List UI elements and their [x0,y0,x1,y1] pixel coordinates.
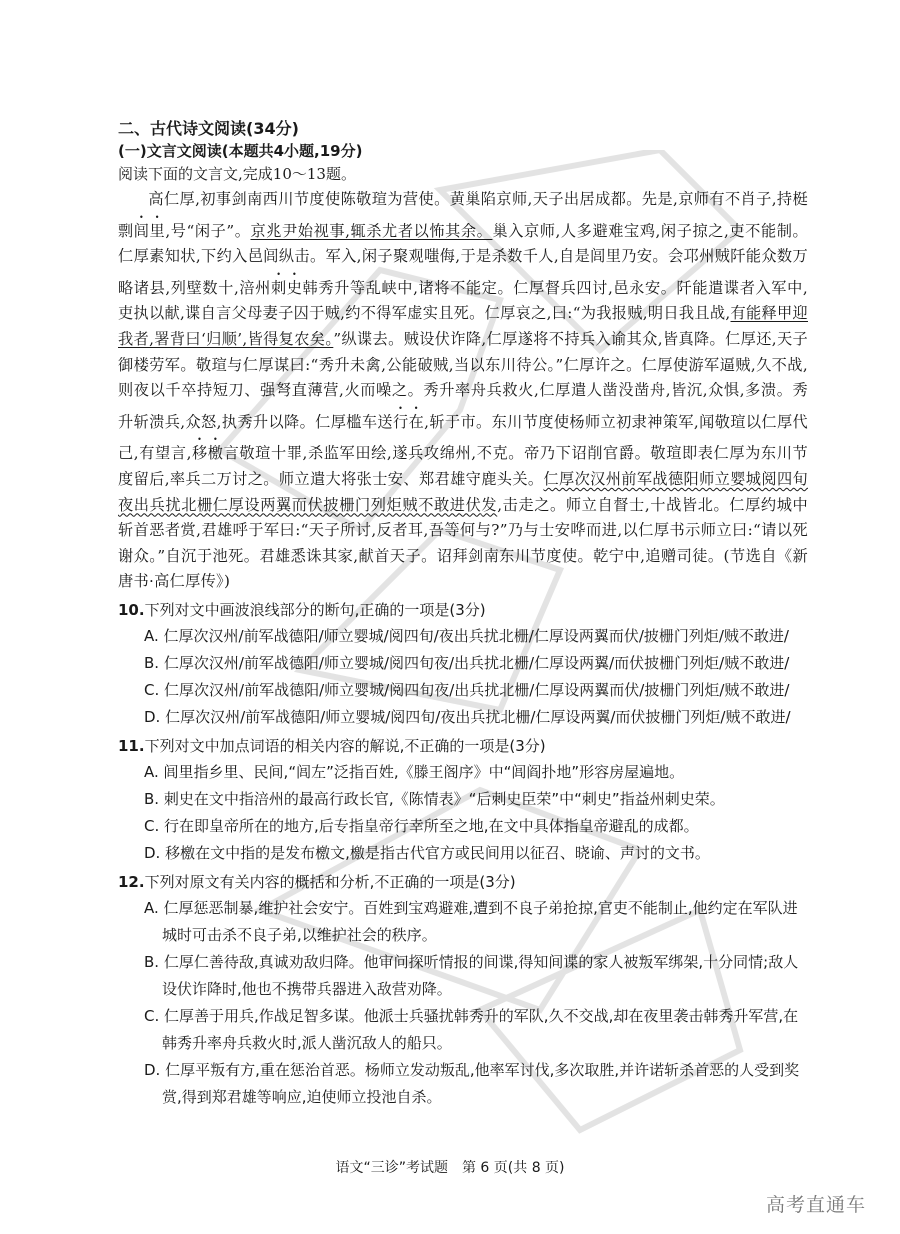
option-label: C. [144,681,159,699]
option-a: A. 闾里指乡里、民间,“闾左”泛指百姓,《滕王阁序》中“闾阎扑地”形容房屋遍地… [138,759,808,786]
option-text: 移檄在文中指的是发布檄文,檄是指古代官方或民间用以征召、晓谕、声讨的文书。 [165,844,710,862]
question-stem: 下列对文中画波浪线部分的断句,正确的一项是(3分) [145,601,486,619]
instruction: 阅读下面的文言文,完成10～13题。 [118,162,808,187]
option-c: C. 行在即皇帝所在的地方,后专指皇帝行幸所至之地,在文中具体指皇帝避乱的成都。 [138,813,808,840]
option-text: 仁厚善于用兵,作战足智多谋。他派士兵骚扰韩秀升的军队,久不交战,却在夜里袭击韩秀… [162,1007,798,1052]
question-12: 12.下列对原文有关内容的概括和分析,不正确的一项是(3分) A. 仁厚惩恶制暴… [118,870,808,1111]
question-number: 10. [118,601,145,619]
option-label: C. [144,1007,159,1025]
option-label: D. [144,708,160,726]
option-c: C. 仁厚善于用兵,作战足智多谋。他派士兵骚扰韩秀升的军队,久不交战,却在夜里袭… [138,1003,808,1057]
question-stem: 下列对文中加点词语的相关内容的解说,不正确的一项是(3分) [145,737,546,755]
dotted-term-lvli: 闾里 [134,222,166,240]
option-d: D. 仁厚次汉州/前军战德阳/师立婴城/阅四旬/夜出兵扰北栅/仁厚设两翼/而伏披… [138,704,808,731]
option-label: D. [144,1061,160,1079]
option-d: D. 移檄在文中指的是发布檄文,檄是指古代官方或民间用以征召、晓谕、声讨的文书。 [138,840,808,867]
dotted-term-cishi: 刺史 [271,279,303,297]
classical-passage: 高仁厚,初事剑南西川节度使陈敬瑄为营使。黄巢陷京师,天子出居成都。先是,京师有不… [118,187,808,595]
option-label: B. [144,953,159,971]
dotted-term-xingzai: 行在 [393,413,424,431]
option-c: C. 仁厚次汉州/前军战德阳/师立婴城/阅四旬夜/出兵扰北栅/仁厚设两翼而伏/披… [138,677,808,704]
section-subtitle: (一)文言文阅读(本题共4小题,19分) [118,140,808,162]
option-label: C. [144,817,159,835]
question-11: 11.下列对文中加点词语的相关内容的解说,不正确的一项是(3分) A. 闾里指乡… [118,734,808,867]
option-text: 行在即皇帝所在的地方,后专指皇帝行幸所至之地,在文中具体指皇帝避乱的成都。 [164,817,699,835]
option-a: A. 仁厚惩恶制暴,维护社会安宁。百姓到宝鸡避难,遭到不良子弟抢掠,官吏不能制止… [138,895,808,949]
option-text: 仁厚次汉州/前军战德阳/师立婴城/阅四旬夜/出兵扰北栅/仁厚设两翼/而伏披栅门列… [164,654,789,672]
question-stem: 下列对原文有关内容的概括和分析,不正确的一项是(3分) [145,873,516,891]
option-label: A. [144,899,159,917]
option-text: 仁厚平叛有方,重在惩治首恶。杨师立发动叛乱,他率军讨伐,多次取胜,并许诺斩杀首恶… [162,1061,799,1106]
option-text: 仁厚次汉州/前军战德阳/师立婴城/阅四旬/夜出兵扰北栅/仁厚设两翼/而伏披栅门列… [165,708,790,726]
option-b: B. 仁厚次汉州/前军战德阳/师立婴城/阅四旬夜/出兵扰北栅/仁厚设两翼/而伏披… [138,650,808,677]
option-text: 闾里指乡里、民间,“闾左”泛指百姓,《滕王阁序》中“闾阎扑地”形容房屋遍地。 [164,763,685,781]
section-title: 二、古代诗文阅读(34分) [118,118,808,140]
question-number: 12. [118,873,145,891]
option-label: B. [144,790,159,808]
option-d: D. 仁厚平叛有方,重在惩治首恶。杨师立发动叛乱,他率军讨伐,多次取胜,并许诺斩… [138,1057,808,1111]
option-b: B. 刺史在文中指涪州的最高行政长官,《陈情表》“后刺史臣荣”中“刺史”指益州刺… [138,786,808,813]
option-text: 仁厚次汉州/前军战德阳/师立婴城/阅四旬/夜出兵扰北栅/仁厚设两翼而伏/披栅门列… [164,627,789,645]
brand-watermark-text: 高考直通车 [766,1190,866,1217]
option-text: 刺史在文中指涪州的最高行政长官,《陈情表》“后刺史臣荣”中“刺史”指益州刺史荣。 [164,790,725,808]
option-label: D. [144,844,160,862]
option-label: A. [144,627,159,645]
option-label: A. [144,763,159,781]
dotted-term-yixi: 移檄 [192,444,224,462]
option-a: A. 仁厚次汉州/前军战德阳/师立婴城/阅四旬/夜出兵扰北栅/仁厚设两翼而伏/披… [138,623,808,650]
underlined-sentence-1: 京兆尹始视事,辄杀尤者以怖其余。 [251,222,493,240]
wavy-underlined-segment-end: 发 [481,496,497,514]
option-text: 仁厚仁善待敌,真诚劝敌归降。他审问探听情报的间谍,得知间谍的家人被叛军绑架,十分… [162,953,798,998]
passage-text: ,号“闲子”。 [165,222,250,240]
question-10: 10.下列对文中画波浪线部分的断句,正确的一项是(3分) A. 仁厚次汉州/前军… [118,598,808,731]
option-text: 仁厚惩恶制暴,维护社会安宁。百姓到宝鸡避难,遭到不良子弟抢掠,官吏不能制止,他约… [162,899,798,944]
option-text: 仁厚次汉州/前军战德阳/师立婴城/阅四旬夜/出兵扰北栅/仁厚设两翼而伏/披栅门列… [164,681,789,699]
question-number: 11. [118,737,145,755]
option-label: B. [144,654,159,672]
option-b: B. 仁厚仁善待敌,真诚劝敌归降。他审问探听情报的间谍,得知间谍的家人被叛军绑架… [138,949,808,1003]
page-footer: 语文“三诊”考试题 第 6 页(共 8 页) [0,1157,900,1177]
exam-page: 二、古代诗文阅读(34分) (一)文言文阅读(本题共4小题,19分) 阅读下面的… [118,118,808,1111]
